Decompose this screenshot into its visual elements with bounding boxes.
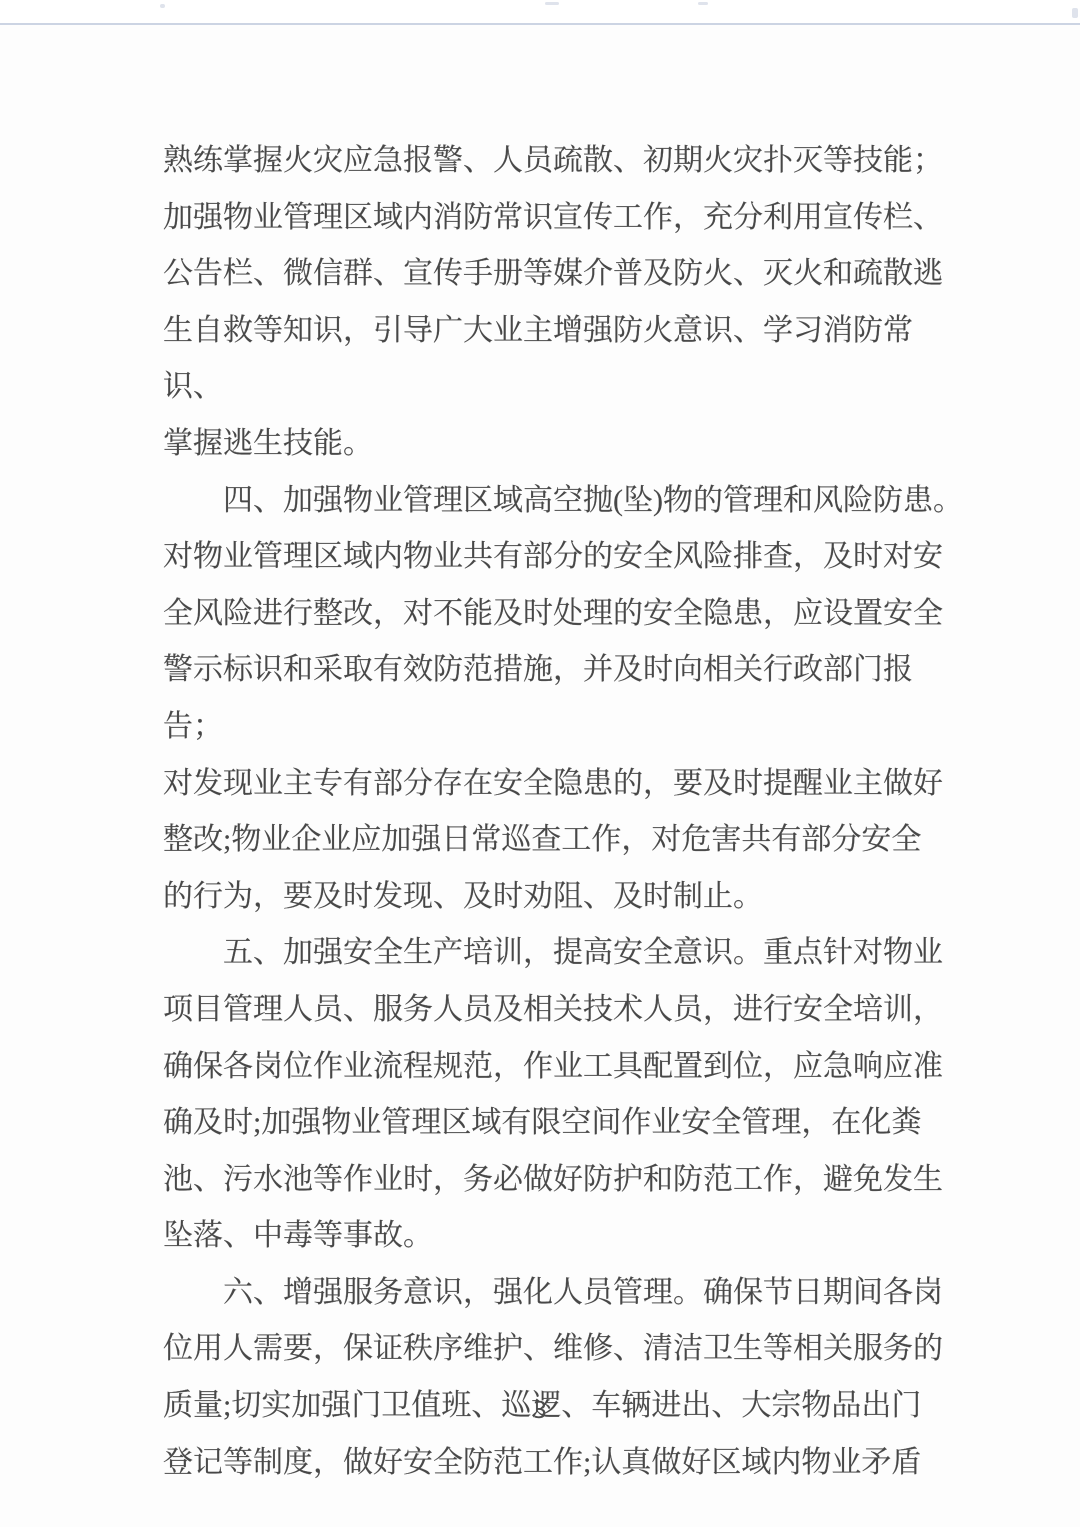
paragraph: 五、加强安全生产培训，提高安全意识。重点针对物业 项目管理人员、服务人员及相关技… [163,925,963,1265]
scan-artifact [698,2,708,5]
scan-artifact [160,4,165,8]
document-body: 熟练掌握火灾应急报警、人员疏散、初期火灾扑灭等技能； 加强物业管理区域内消防常识… [163,133,963,1491]
page-separator-line [0,23,1080,25]
paragraph: 六、增强服务意识，强化人员管理。确保节日期间各岗 位用人需要，保证秩序维护、维修… [163,1265,963,1491]
scan-artifact [545,2,559,5]
scan-artifact [1072,8,1078,18]
page-number: 3 [0,1398,1080,1424]
document-page: 熟练掌握火灾应急报警、人员疏散、初期火灾扑灭等技能； 加强物业管理区域内消防常识… [0,0,1080,1527]
previous-page-edge [0,0,1080,23]
paragraph: 四、加强物业管理区域高空抛(坠)物的管理和风险防患。 对物业管理区域内物业共有部… [163,473,963,926]
paragraph: 熟练掌握火灾应急报警、人员疏散、初期火灾扑灭等技能； 加强物业管理区域内消防常识… [163,133,963,473]
